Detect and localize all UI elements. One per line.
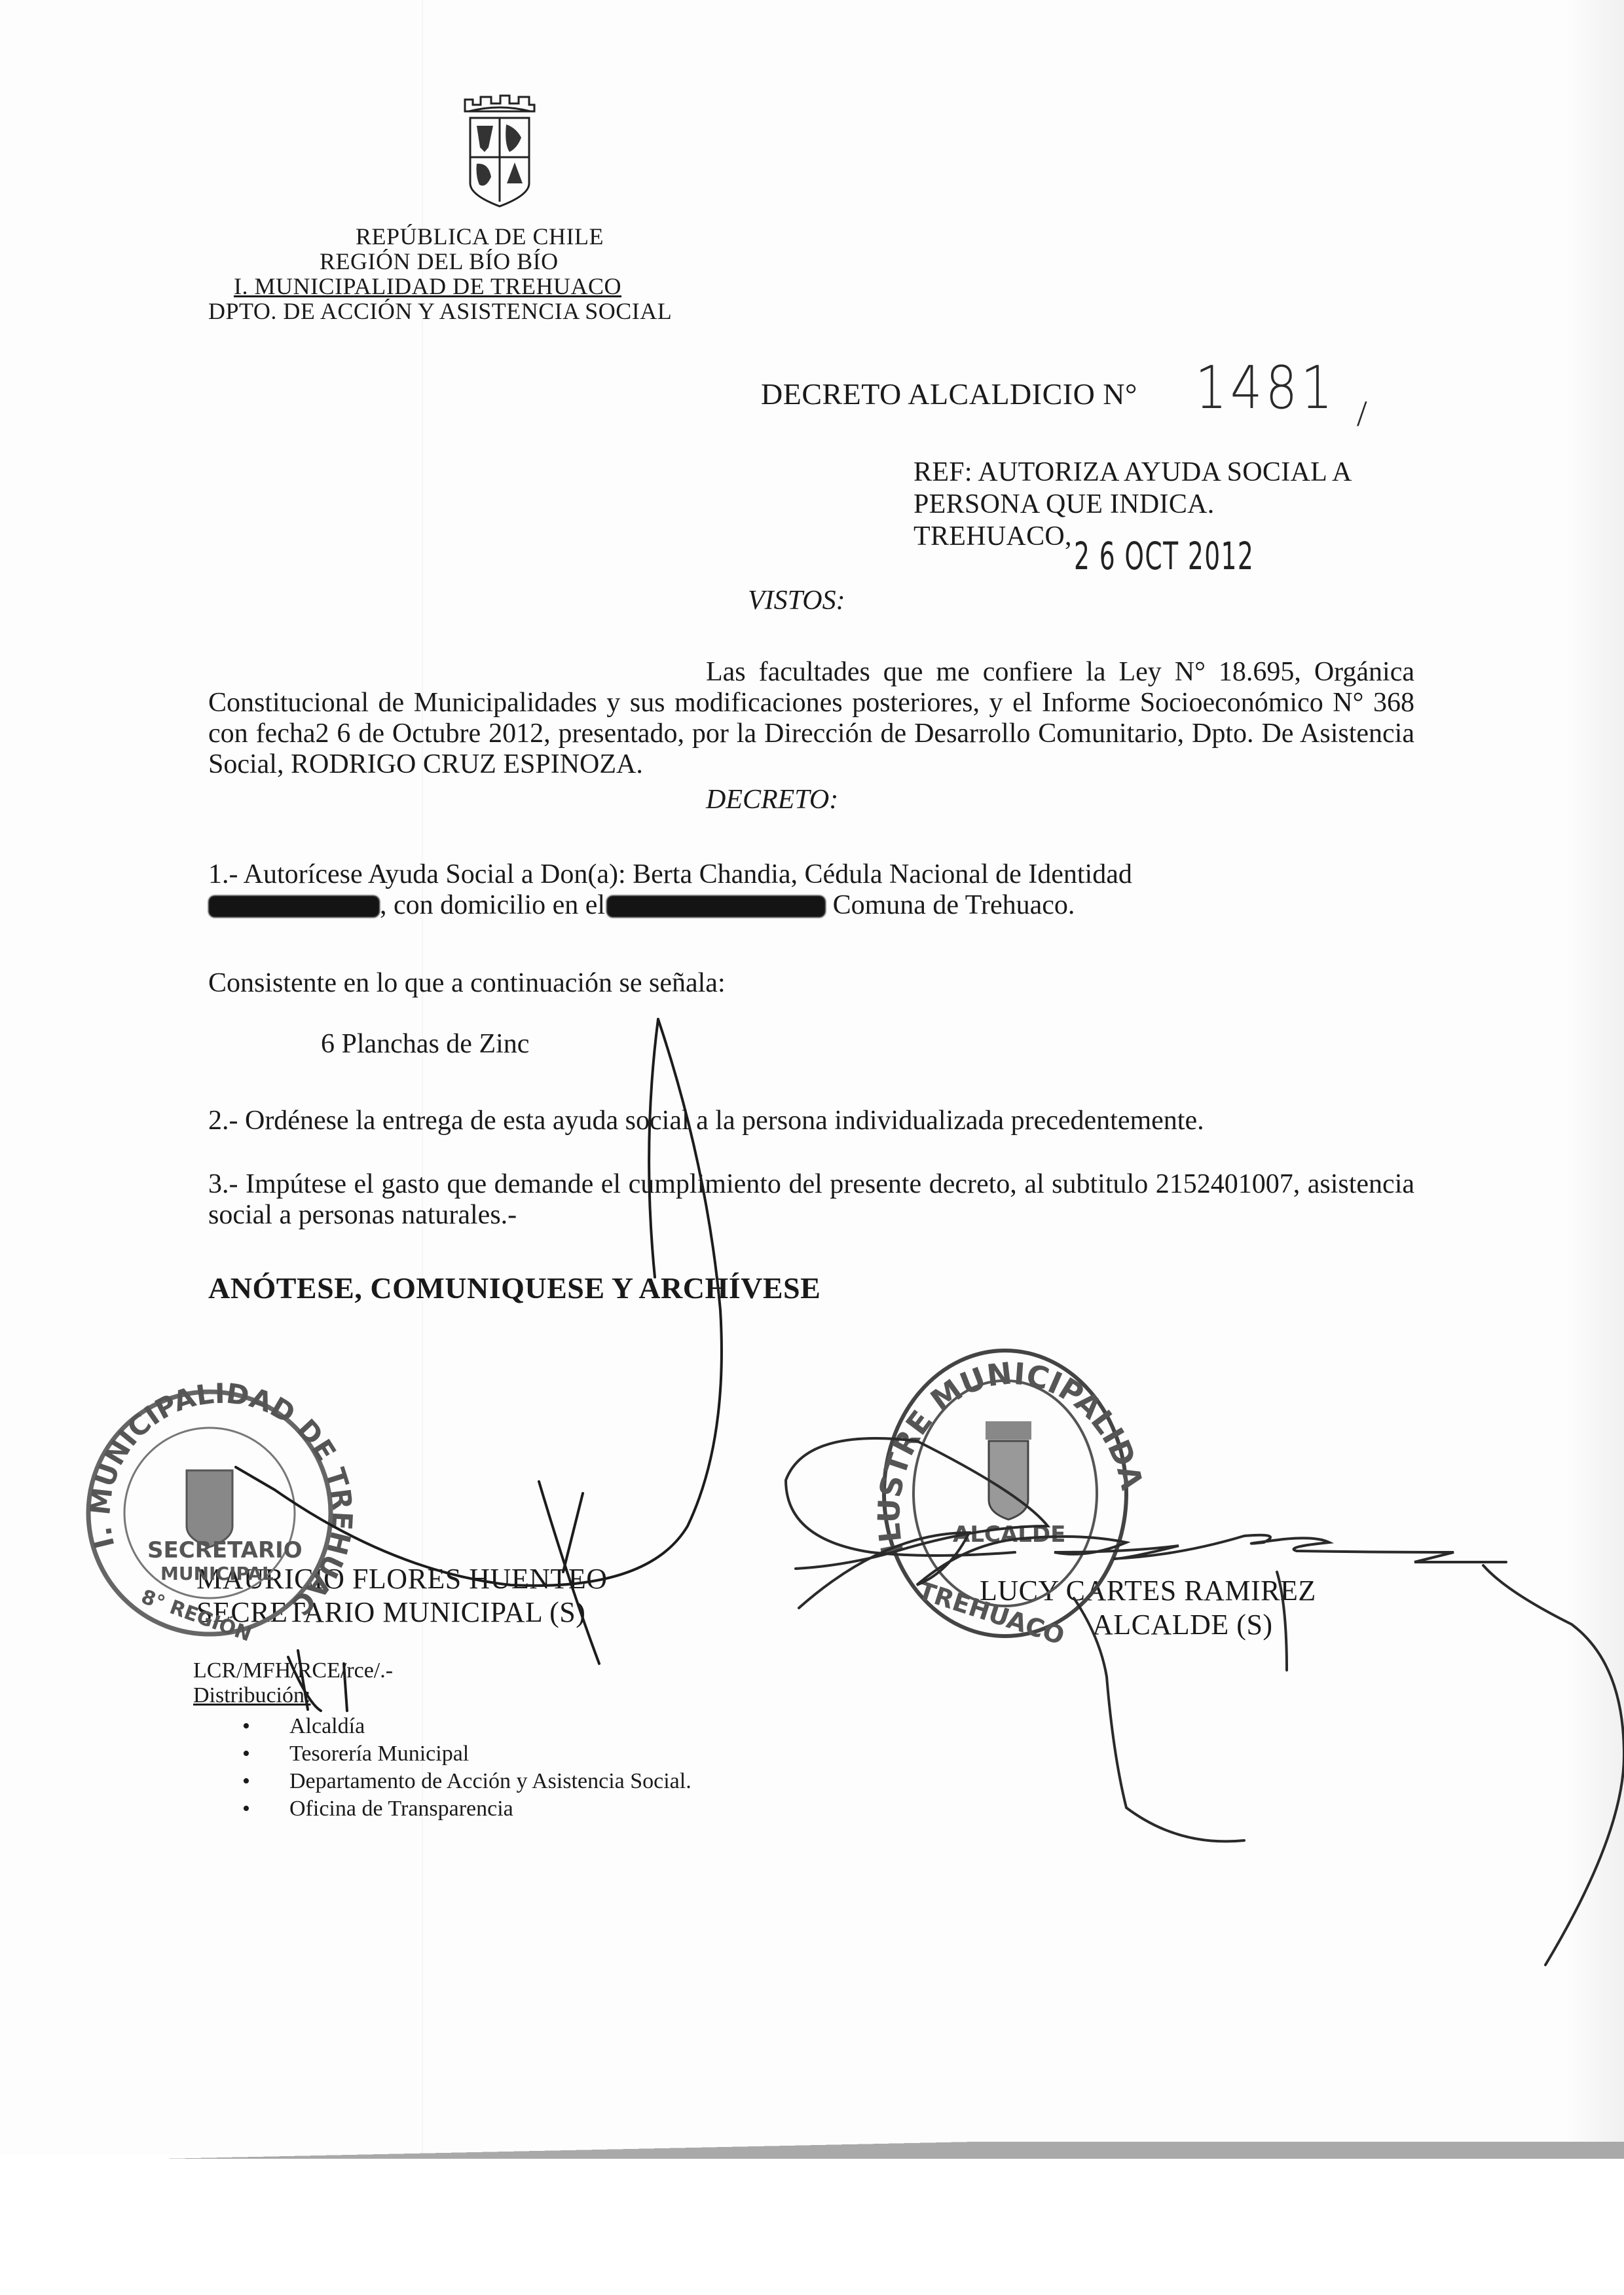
- point1-text-b: , con domicilio en el: [380, 890, 605, 920]
- vistos-text: Las facultades que me confiere la Ley N°…: [208, 657, 1414, 780]
- distribution-list: Alcaldía Tesorería Municipal Departament…: [242, 1713, 692, 1823]
- point1-text-c: Comuna de Trehuaco.: [826, 890, 1075, 920]
- decreto-point-3: 3.- Impútese el gasto que demande el cum…: [208, 1169, 1414, 1231]
- place-label: TREHUACO,: [913, 521, 1072, 552]
- reference-initials: LCR/MFH/RCE/rce/.-: [193, 1658, 393, 1683]
- vistos-heading: VISTOS:: [748, 585, 845, 616]
- redacted-id-number: [208, 895, 380, 918]
- date-stamp: 2 6 OCT 2012: [1074, 534, 1254, 578]
- distribution-item: Alcaldía: [242, 1713, 692, 1740]
- header-department: DPTO. DE ACCIÓN Y ASISTENCIA SOCIAL: [208, 299, 672, 324]
- header-region: REGIÓN DEL BÍO BÍO: [320, 249, 559, 274]
- distribution-item: Oficina de Transparencia: [242, 1795, 692, 1823]
- decree-number-slash: /: [1357, 393, 1367, 435]
- municipal-coat-of-arms-icon: [457, 85, 542, 210]
- point1-text-a: 1.- Autorícese Ayuda Social a Don(a): Be…: [208, 859, 1132, 889]
- mayor-title: ALCALDE (S): [1092, 1608, 1273, 1641]
- decreto-point-2: 2.- Ordénese la entrega de esta ayuda so…: [208, 1106, 1414, 1136]
- scan-bottom-edge: [0, 2142, 1624, 2159]
- decreto-point-1: 1.- Autorícese Ayuda Social a Don(a): Be…: [208, 859, 1414, 921]
- consistente-line: Consistente en lo que a continuación se …: [208, 968, 1414, 999]
- ref-line-1: REF: AUTORIZA AYUDA SOCIAL A: [913, 457, 1352, 488]
- distribution-item: Departamento de Acción y Asistencia Soci…: [242, 1768, 692, 1795]
- header-republica: REPÚBLICA DE CHILE: [356, 224, 604, 249]
- decree-number-handwritten: 1481: [1195, 354, 1336, 422]
- secretary-title: SECRETARIO MUNICIPAL (S): [196, 1595, 585, 1629]
- closing-formula: ANÓTESE, COMUNIQUESE Y ARCHÍVESE: [208, 1271, 821, 1305]
- header-municipalidad: I. MUNICIPALIDAD DE TREHUACO: [234, 274, 621, 299]
- decree-title: DECRETO ALCALDICIO N°: [761, 377, 1137, 411]
- aid-item: 6 Planchas de Zinc: [321, 1028, 529, 1060]
- secretary-name: MAURICIO FLORES HUENTEO: [196, 1562, 608, 1595]
- distribution-label: Distribución:: [193, 1683, 310, 1708]
- ref-line-2: PERSONA QUE INDICA.: [913, 489, 1215, 520]
- decreto-heading: DECRETO:: [706, 784, 838, 815]
- vistos-paragraph: Las facultades que me confiere la Ley N°…: [208, 657, 1414, 780]
- distribution-item: Tesorería Municipal: [242, 1740, 692, 1768]
- scan-edge-shadow: [1565, 0, 1624, 2159]
- redacted-address: [606, 895, 826, 918]
- mayor-name: LUCY CARTES RAMIREZ: [980, 1574, 1316, 1607]
